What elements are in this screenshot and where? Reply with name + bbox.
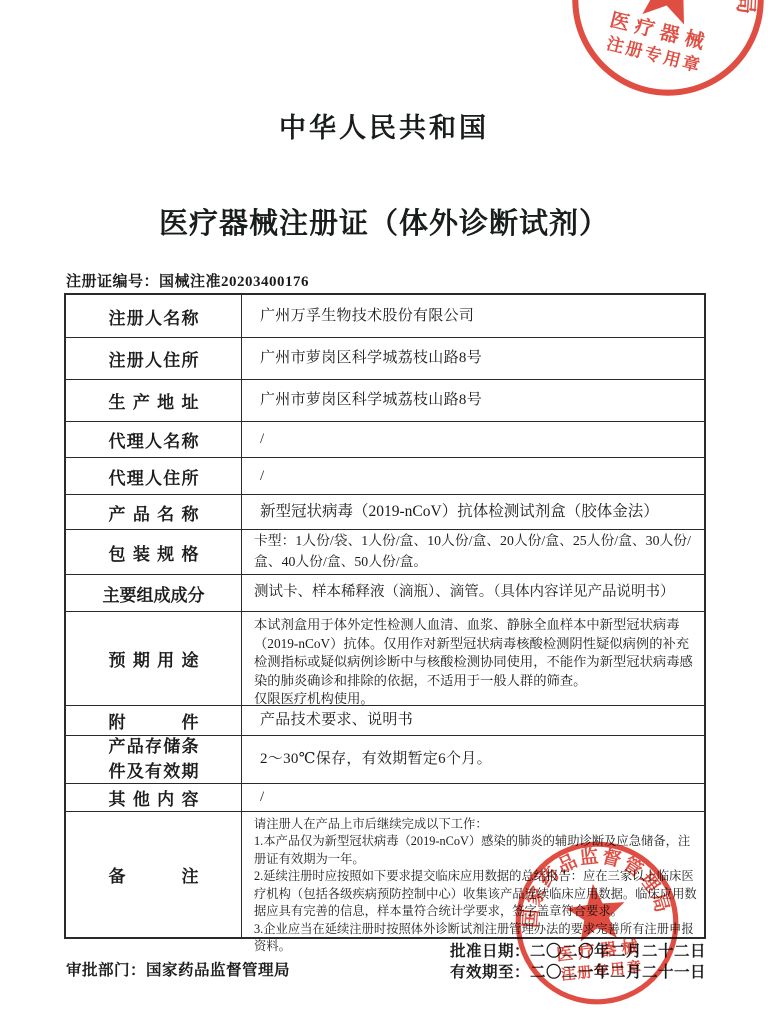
row-value: 测试卡、样本稀释液（滴瓶）、滴管。（具体内容详见产品说明书） [242,575,704,611]
certificate-number: 注册证编号：国械注准20203400176 [66,270,309,291]
row-value: / [242,784,704,811]
seal-star-icon [629,0,712,28]
table-row-storage-validity: 产品存储条件及有效期 2～30℃保存，有效期暂定6个月。 [66,735,704,783]
row-value: 广州万孚生物技术股份有限公司 [242,295,704,337]
row-label: 其他内容 [66,784,242,811]
country-title: 中华人民共和国 [0,106,768,145]
row-label: 附件 [66,706,242,735]
row-label: 包装规格 [66,530,242,574]
row-label: 注册人名称 [66,295,242,337]
valid-until-date: 有效期至：二〇二一年二月二十一日 [450,962,706,983]
row-value: 卡型：1人份/袋、1人份/盒、10人份/盒、20人份/盒、25人份/盒、30人份… [242,530,704,574]
row-value: 本试剂盒用于体外定性检测人血清、血浆、静脉全血样本中新型冠状病毒（2019-nC… [242,612,704,705]
row-value: 产品技术要求、说明书 [242,706,704,735]
row-value: 广州市萝岗区科学城荔枝山路8号 [242,338,704,379]
table-row-production-address: 生产地址 广州市萝岗区科学城荔枝山路8号 [66,379,704,421]
row-label: 预期用途 [66,612,242,705]
table-row-agent-address: 代理人住所 / [66,457,704,494]
date-block: 批准日期：二〇二〇年二月二十二日 有效期至：二〇二一年二月二十一日 [450,941,706,983]
certificate-table: 注册人名称 广州万孚生物技术股份有限公司 注册人住所 广州市萝岗区科学城荔枝山路… [64,293,706,939]
row-value: 广州市萝岗区科学城荔枝山路8号 [242,380,704,421]
document-title: 医疗器械注册证（体外诊断试剂） [0,201,768,242]
row-label: 生产地址 [66,380,242,421]
table-row-registrant-address: 注册人住所 广州市萝岗区科学城荔枝山路8号 [66,337,704,379]
row-value: 新型冠状病毒（2019-nCoV）抗体检测试剂盒（胶体金法） [242,495,704,529]
table-row-product-name: 产品名称 新型冠状病毒（2019-nCoV）抗体检测试剂盒（胶体金法） [66,494,704,529]
official-seal-top: 国家药品监督管理局 医疗器械 注册专用章 [547,0,768,121]
table-row-agent-name: 代理人名称 / [66,421,704,457]
table-row-other-content: 其他内容 / [66,783,704,811]
row-value: 请注册人在产品上市后继续完成以下工作： 1.本产品仅为新型冠状病毒（2019-n… [242,812,704,937]
row-value: / [242,458,704,494]
row-value: / [242,422,704,457]
seal-ring [556,0,768,112]
row-label: 主要组成成分 [66,575,242,611]
row-label: 代理人名称 [66,422,242,457]
table-row-attachments: 附件 产品技术要求、说明书 [66,705,704,735]
seal-arc-text: 国家药品监督管理局 [579,0,768,22]
table-row-remarks: 备注 请注册人在产品上市后继续完成以下工作： 1.本产品仅为新型冠状病毒（201… [66,811,704,937]
seal-line2: 注册专用章 [605,33,704,76]
row-label: 备注 [66,812,242,937]
seal-line1: 医疗器械 [608,8,713,55]
table-row-packaging-spec: 包装规格 卡型：1人份/袋、1人份/盒、10人份/盒、20人份/盒、25人份/盒… [66,529,704,574]
table-row-intended-use: 预期用途 本试剂盒用于体外定性检测人血清、血浆、静脉全血样本中新型冠状病毒（20… [66,611,704,705]
table-row-registrant-name: 注册人名称 广州万孚生物技术股份有限公司 [66,295,704,337]
certificate-page: 中华人民共和国 医疗器械注册证（体外诊断试剂） 注册证编号：国械注准202034… [0,0,768,1024]
row-label: 代理人住所 [66,458,242,494]
table-row-main-components: 主要组成成分 测试卡、样本稀释液（滴瓶）、滴管。（具体内容详见产品说明书） [66,574,704,611]
row-value: 2～30℃保存，有效期暂定6个月。 [242,736,704,783]
row-label: 注册人住所 [66,338,242,379]
row-label: 产品名称 [66,495,242,529]
approval-department: 审批部门：国家药品监督管理局 [66,958,290,980]
seal-graphic: 国家药品监督管理局 医疗器械 注册专用章 [547,0,768,121]
approve-date: 批准日期：二〇二〇年二月二十二日 [450,941,706,962]
row-label: 产品存储条件及有效期 [66,736,242,783]
